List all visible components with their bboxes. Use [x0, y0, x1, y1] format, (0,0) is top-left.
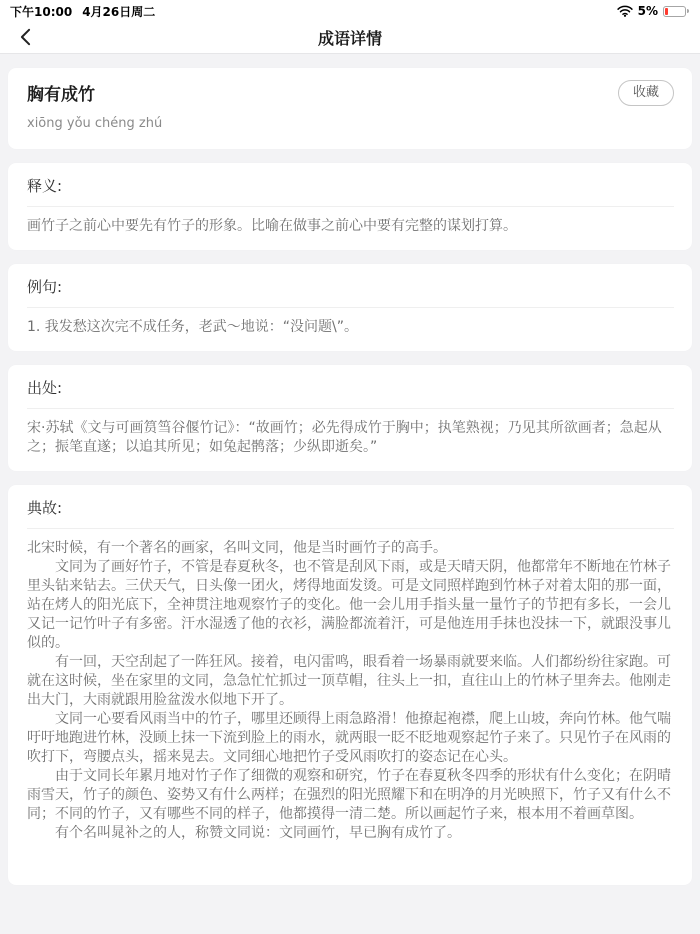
story-paragraph: 有一回，天空刮起了一阵狂风。接着，电闪雷鸣，眼看着一场暴雨就要来临。人们都纷纷往…	[27, 653, 674, 710]
story-paragraph: 由于文同长年累月地对竹子作了细微的观察和研究，竹子在春夏秋冬四季的形状有什么变化…	[27, 767, 674, 824]
content-scroll[interactable]: 胸有成竹 收藏 xiōng yǒu chéng zhú 释义: 画竹子之前心中要…	[0, 54, 700, 885]
divider	[27, 206, 674, 207]
status-left: 下午10:00 4月26日周二	[10, 3, 155, 20]
word-card: 胸有成竹 收藏 xiōng yǒu chéng zhú	[8, 68, 692, 149]
section-example: 例句: 1. 我发愁这次完不成任务，老武～地说：“没问题\”。	[8, 264, 692, 351]
divider	[27, 408, 674, 409]
example-text: 1. 我发愁这次完不成任务，老武～地说：“没问题\”。	[27, 318, 674, 337]
story-paragraph: 文同为了画好竹子，不管是春夏秋冬，也不管是刮风下雨，或是天晴天阴，他都常年不断地…	[27, 558, 674, 653]
idiom-pinyin: xiōng yǒu chéng zhú	[27, 116, 674, 135]
story-paragraph: 北宋时候，有一个著名的画家，名叫文同，他是当时画竹子的高手。	[27, 539, 674, 558]
battery-fill	[665, 8, 668, 15]
divider	[27, 528, 674, 529]
source-text: 宋·苏轼《文与可画筼筜谷偃竹记》：“故画竹；必先得成竹于胸中；执笔熟视；乃见其所…	[27, 419, 674, 457]
wifi-icon	[617, 5, 633, 17]
section-definition: 释义: 画竹子之前心中要先有竹子的形象。比喻在做事之前心中要有完整的谋划打算。	[8, 163, 692, 250]
section-title: 释义:	[27, 175, 674, 206]
section-title: 出处:	[27, 377, 674, 408]
page-title: 成语详情	[318, 26, 382, 49]
battery-body	[663, 6, 686, 17]
status-right: 5%	[617, 4, 689, 18]
divider	[27, 307, 674, 308]
story-paragraph: 有个名叫晁补之的人，称赞文同说：文同画竹，早已胸有成竹了。	[27, 824, 674, 843]
status-bar: 下午10:00 4月26日周二 5%	[0, 0, 700, 22]
battery-icon	[663, 6, 689, 17]
nav-bar: 成语详情	[0, 22, 700, 54]
section-title: 例句:	[27, 276, 674, 307]
definition-text: 画竹子之前心中要先有竹子的形象。比喻在做事之前心中要有完整的谋划打算。	[27, 217, 674, 236]
section-source: 出处: 宋·苏轼《文与可画筼筜谷偃竹记》：“故画竹；必先得成竹于胸中；执笔熟视；…	[8, 365, 692, 471]
status-date: 4月26日周二	[82, 3, 155, 20]
battery-nub	[687, 9, 689, 13]
status-time: 下午10:00	[10, 3, 72, 20]
chevron-left-icon	[20, 28, 31, 49]
story-body: 北宋时候，有一个著名的画家，名叫文同，他是当时画竹子的高手。 文同为了画好竹子，…	[27, 539, 674, 843]
collect-button[interactable]: 收藏	[618, 80, 674, 106]
section-title: 典故:	[27, 497, 674, 528]
battery-percent: 5%	[638, 4, 658, 18]
section-story: 典故: 北宋时候，有一个著名的画家，名叫文同，他是当时画竹子的高手。 文同为了画…	[8, 485, 692, 885]
story-paragraph: 文同一心要看风雨当中的竹子，哪里还顾得上雨急路滑！他撩起袍襟，爬上山坡，奔向竹林…	[27, 710, 674, 767]
word-row: 胸有成竹 收藏	[27, 80, 674, 106]
idiom-word: 胸有成竹	[27, 80, 95, 105]
back-button[interactable]	[10, 22, 40, 54]
app-screen: 下午10:00 4月26日周二 5%	[0, 0, 700, 934]
